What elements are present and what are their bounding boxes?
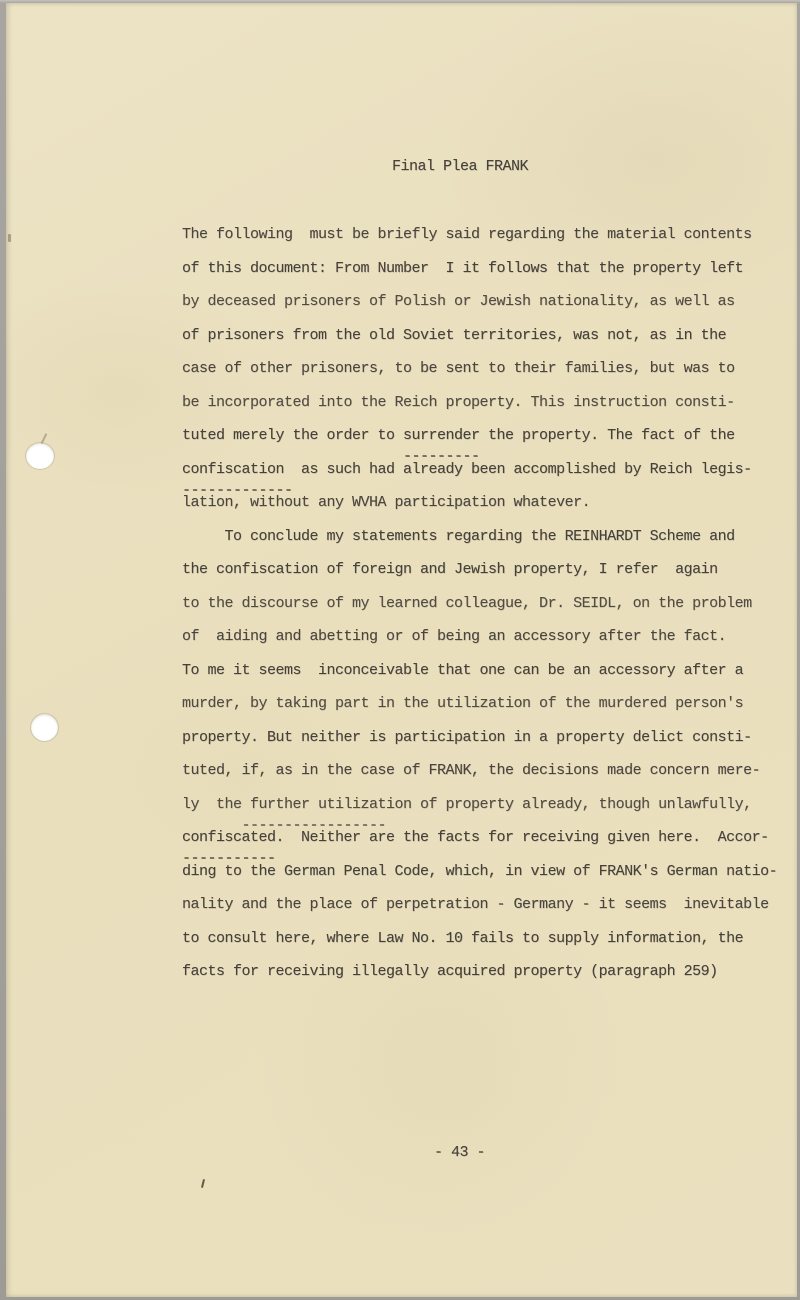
text-line-content: to the discourse of my learned colleague…: [182, 595, 752, 612]
text-line-content: confiscation as such had already been ac…: [182, 461, 752, 478]
text-line: lation, without any WVHA participation w…: [182, 486, 782, 520]
text-line: to consult here, where Law No. 10 fails …: [182, 922, 782, 956]
text-line-content: ly the further utilization of property a…: [182, 796, 752, 813]
text-line: property. But neither is participation i…: [182, 721, 782, 755]
text-line: tuted, if, as in the case of FRANK, the …: [182, 754, 782, 788]
edge-smudge-mark: [8, 234, 11, 242]
text-line-content: To conclude my statements regarding the …: [182, 528, 735, 545]
text-line-content: confiscated. Neither are the facts for r…: [182, 829, 769, 846]
text-line-content: ding to the German Penal Code, which, in…: [182, 863, 777, 880]
text-line: tuted merely the order to surrender the …: [182, 419, 782, 453]
document-body: The following must be briefly said regar…: [182, 218, 782, 989]
text-line: facts for receiving illegally acquired p…: [182, 955, 782, 989]
text-line-content: of prisoners from the old Soviet territo…: [182, 327, 726, 344]
text-line-content: be incorporated into the Reich property.…: [182, 394, 735, 411]
text-line-content: lation, without any WVHA participation w…: [182, 494, 590, 511]
text-line-content: of this document: From Number I it follo…: [182, 260, 743, 277]
punch-hole-top: [26, 443, 54, 469]
text-line-content: To me it seems inconceivable that one ca…: [182, 662, 743, 679]
page-number: - 43 -: [434, 1144, 485, 1161]
text-line: to the discourse of my learned colleague…: [182, 587, 782, 621]
text-line-content: facts for receiving illegally acquired p…: [182, 963, 718, 980]
text-line: ding to the German Penal Code, which, in…: [182, 855, 782, 889]
stray-pen-mark: [201, 1179, 205, 1188]
text-line: by deceased prisoners of Polish or Jewis…: [182, 285, 782, 319]
text-line: The following must be briefly said regar…: [182, 218, 782, 252]
text-line: murder, by taking part in the utilizatio…: [182, 687, 782, 721]
text-line: To conclude my statements regarding the …: [182, 520, 782, 554]
text-line: case of other prisoners, to be sent to t…: [182, 352, 782, 386]
text-line-content: tuted, if, as in the case of FRANK, the …: [182, 762, 760, 779]
document-title: Final Plea FRANK: [392, 158, 528, 175]
text-line: ly the further utilization of property a…: [182, 788, 782, 822]
text-line: of aiding and abetting or of being an ac…: [182, 620, 782, 654]
text-line-content: of aiding and abetting or of being an ac…: [182, 628, 726, 645]
text-line-content: nality and the place of perpetration - G…: [182, 896, 769, 913]
text-line: confiscation as such had already been ac…: [182, 453, 782, 487]
text-line: the confiscation of foreign and Jewish p…: [182, 553, 782, 587]
text-line-content: tuted merely the order to surrender the …: [182, 427, 735, 444]
text-line-content: the confiscation of foreign and Jewish p…: [182, 561, 718, 578]
text-line: be incorporated into the Reich property.…: [182, 386, 782, 420]
text-line-content: property. But neither is participation i…: [182, 729, 752, 746]
scanned-page: Final Plea FRANK The following must be b…: [0, 0, 800, 1300]
text-line: To me it seems inconceivable that one ca…: [182, 654, 782, 688]
text-line-content: The following must be briefly said regar…: [182, 226, 752, 243]
text-line: nality and the place of perpetration - G…: [182, 888, 782, 922]
text-line-content: murder, by taking part in the utilizatio…: [182, 695, 743, 712]
paper-sheet: Final Plea FRANK The following must be b…: [6, 3, 797, 1297]
text-line: of prisoners from the old Soviet territo…: [182, 319, 782, 353]
text-line-content: to consult here, where Law No. 10 fails …: [182, 930, 743, 947]
text-line-content: by deceased prisoners of Polish or Jewis…: [182, 293, 735, 310]
text-line-content: case of other prisoners, to be sent to t…: [182, 360, 735, 377]
punch-hole-bottom: [31, 714, 58, 741]
text-line: confiscated. Neither are the facts for r…: [182, 821, 782, 855]
text-line: of this document: From Number I it follo…: [182, 252, 782, 286]
